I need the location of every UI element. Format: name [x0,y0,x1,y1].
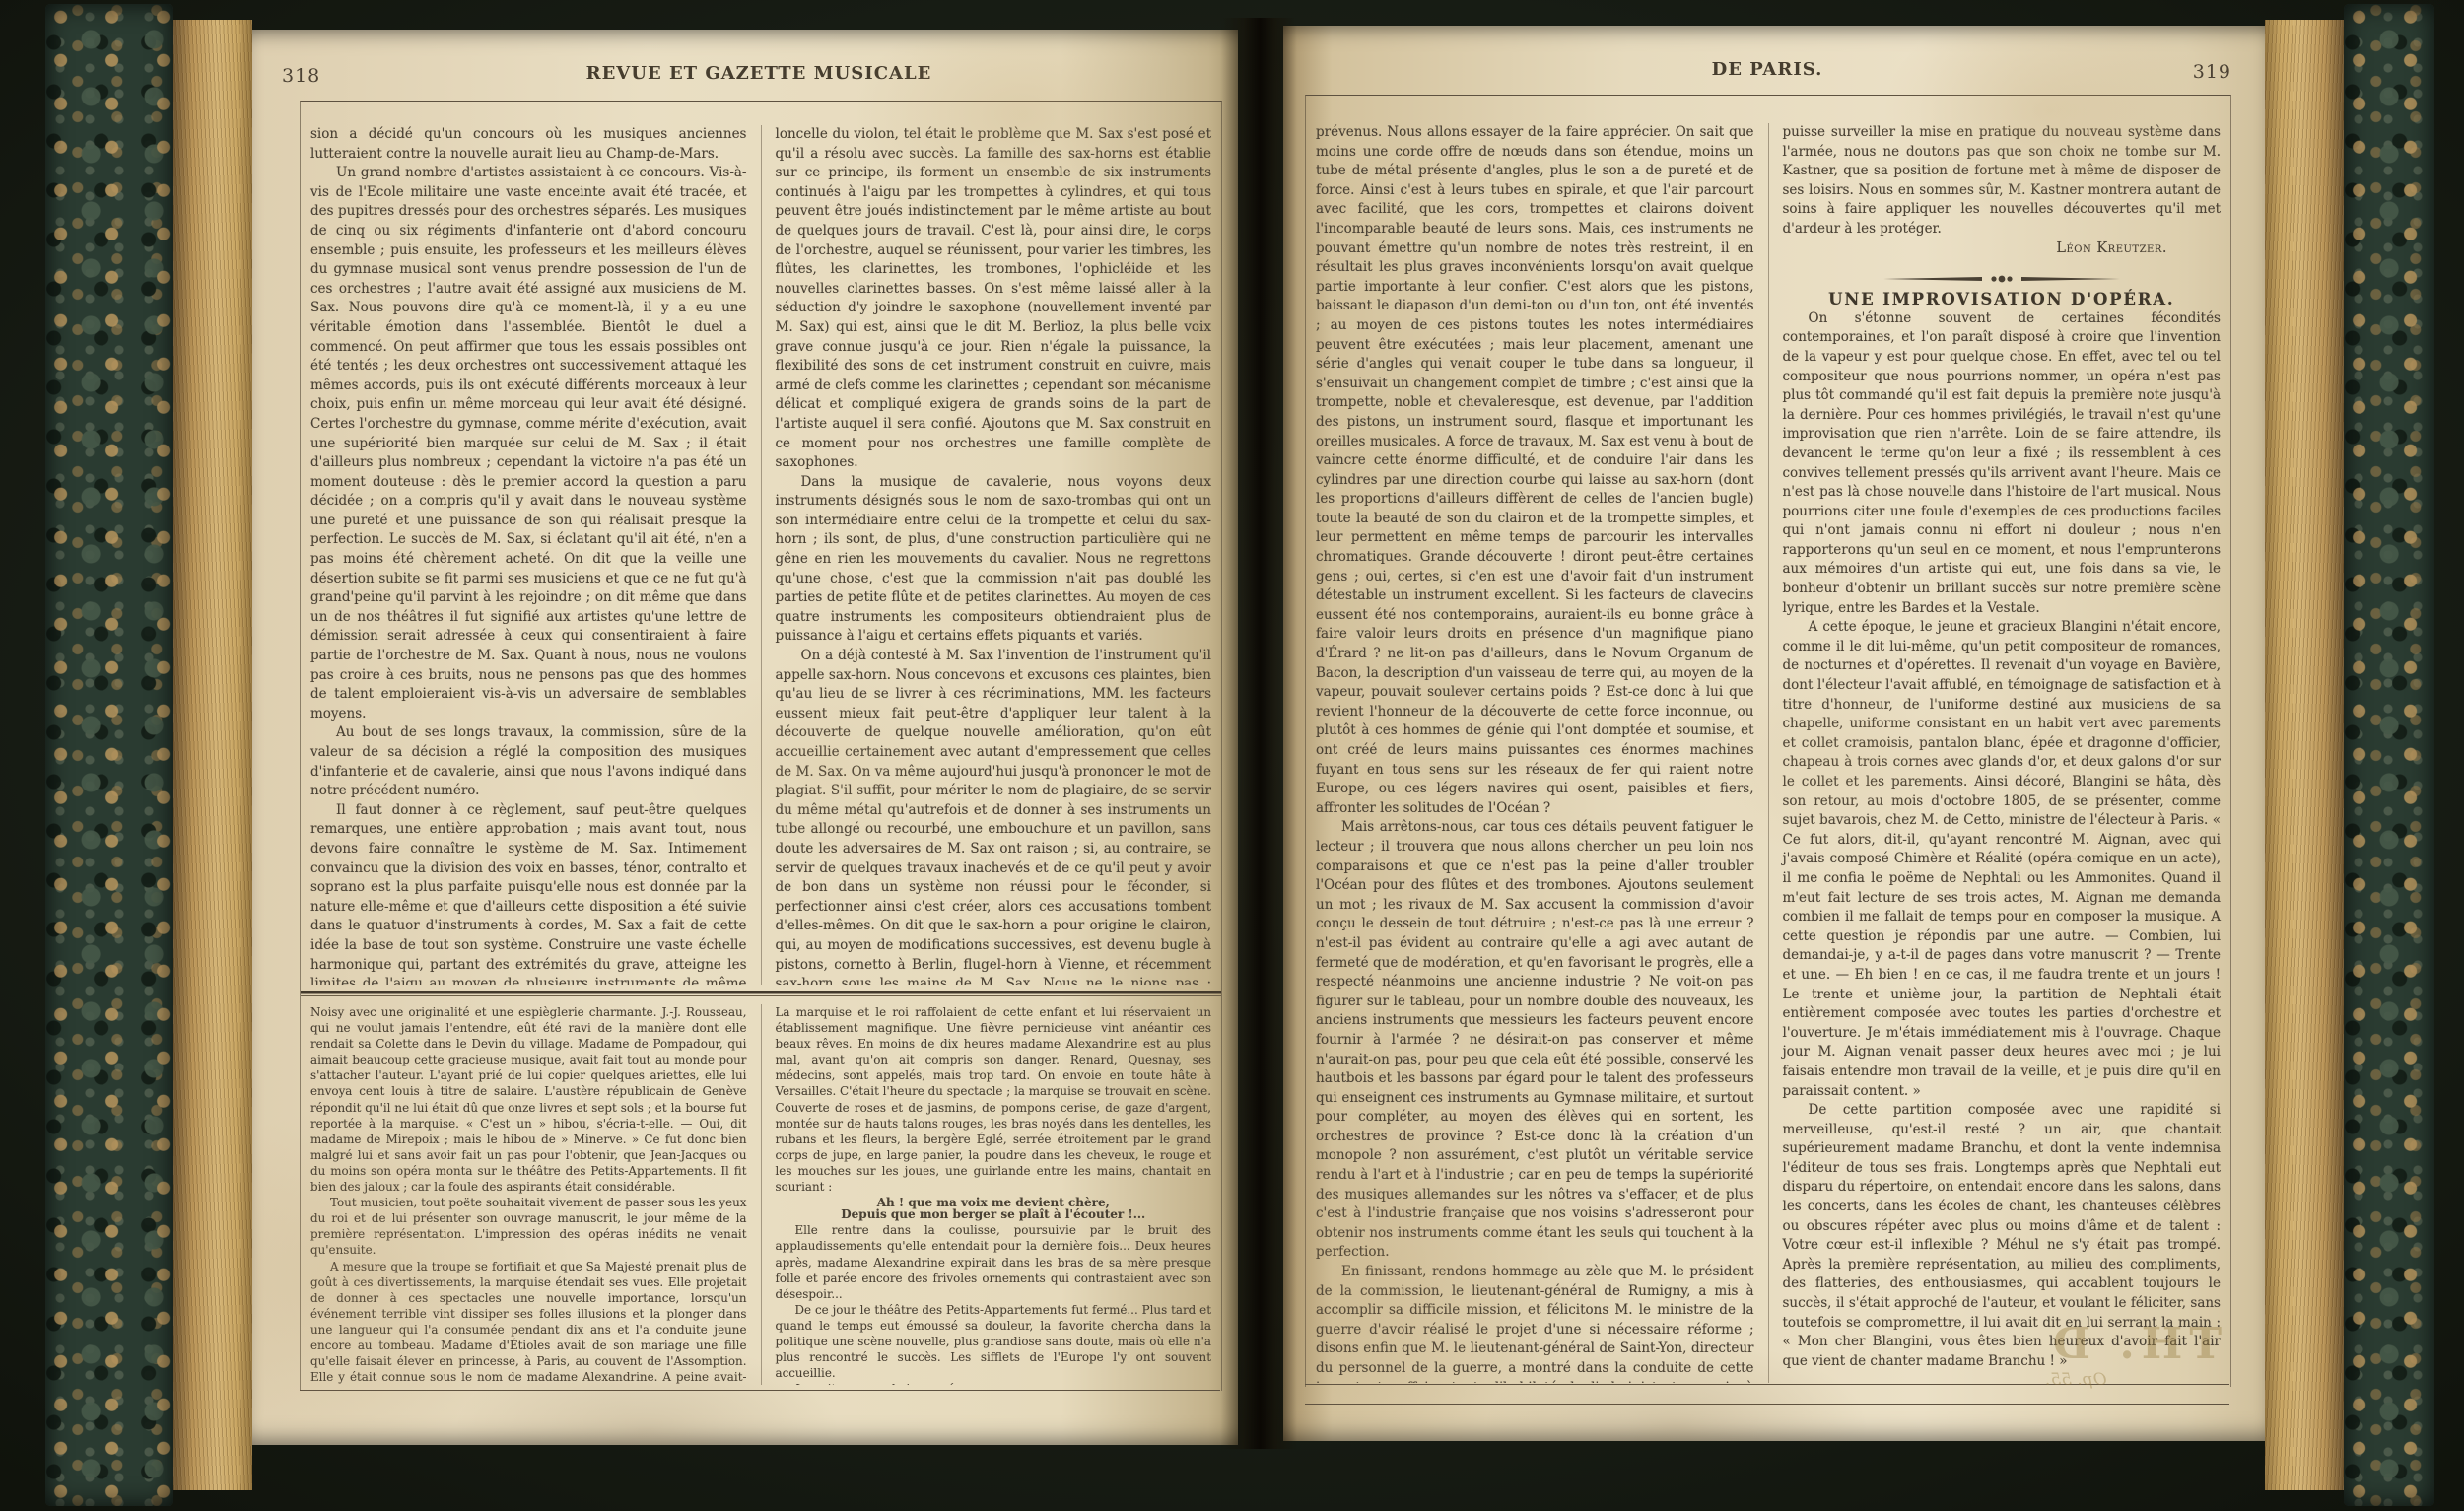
paragraph: A mesure que la troupe se fortifiait et … [310,1259,747,1386]
paragraph: En finissant, rendons hommage au zèle qu… [1316,1263,1754,1383]
text-frame-left: sion a décidé qu'un concours où les musi… [300,101,1222,1391]
paragraph: sion a décidé qu'un concours où les musi… [310,125,747,164]
paragraph: Mais arrêtons-nous, car tous ces détails… [1316,818,1754,1263]
feuilleton-columns: Noisy avec une originalité et une espièg… [307,1004,1215,1385]
page-319: 319 DE PARIS. prévenus. Nous allons essa… [1283,26,2265,1441]
bottom-rule [1305,1384,2229,1385]
right-page-edges [2265,20,2344,1490]
paragraph: Noisy avec une originalité et une espièg… [310,1004,747,1195]
main-columns-left: sion a décidé qu'un concours où les musi… [307,125,1215,985]
article-signature: Léon Kreutzer. [1783,240,2222,259]
paragraph: De cette partition composée avec une rap… [1783,1101,2222,1371]
paragraph: prévenus. Nous allons essayer de la fair… [1316,123,1754,818]
right-page-column-2: puisse surveiller la mise en pratique du… [1769,123,2225,1383]
bottom-rule [300,1408,1220,1408]
feuilleton-separator-rule [301,991,1221,996]
right-marbled-cover [2344,4,2434,1506]
bottom-rule [300,1390,1220,1391]
paragraph: La marquise et le roi raffolaient de cet… [776,1004,1212,1195]
paragraph: puisse surveiller la mise en pratique du… [1783,123,2222,240]
right-page-column-1: prévenus. Nous allons essayer de la fair… [1312,123,1768,1383]
left-marbled-cover [45,4,173,1506]
bottom-rule [1305,1404,2229,1405]
running-title-right: DE PARIS. [1305,59,2229,80]
feuilleton-column-1: Noisy avec une originalité et une espièg… [307,1004,761,1385]
running-title-left: REVUE ET GAZETTE MUSICALE [300,63,1218,84]
paragraph: loncelle du violon, tel était le problèm… [776,125,1212,473]
paragraph: A cette époque, le jeune et gracieux Bla… [1783,618,2222,1101]
verse-line: Depuis que mon berger se plaît à l'écout… [776,1206,1212,1222]
left-page-column-1: sion a décidé qu'un concours où les musi… [307,125,761,985]
paragraph: Un grand nombre d'artistes assistaient à… [310,164,747,723]
paragraph: Dans la musique de cavalerie, nous voyon… [776,473,1212,647]
paragraph: On a déjà contesté à M. Sax l'invention … [776,647,1212,985]
article-title: UNE IMPROVISATION D'OPÉRA. [1783,290,2222,309]
text-frame-right: prévenus. Nous allons essayer de la fair… [1305,95,2231,1387]
swelled-rule-ornament [1883,274,2120,284]
section-ornament [1783,274,2222,284]
left-page-edges [173,20,252,1490]
continuation-note: La suite au prochain numéro. [776,1381,1212,1385]
paragraph: Elle rentre dans la coulisse, poursuivie… [776,1222,1212,1301]
page-318: 318 REVUE ET GAZETTE MUSICALE sion a déc… [252,30,1238,1445]
paragraph: Tout musicien, tout poëte souhaitait viv… [310,1195,747,1258]
book-spread-photo: 318 REVUE ET GAZETTE MUSICALE sion a déc… [0,0,2464,1511]
feuilleton-column-2: La marquise et le roi raffolaient de cet… [762,1004,1216,1385]
left-page-column-2: loncelle du violon, tel était le problèm… [762,125,1216,985]
paragraph: Au bout de ses longs travaux, la commiss… [310,723,747,800]
paragraph: On s'étonne souvent de certaines fécondi… [1783,309,2222,619]
paragraph: De ce jour le théâtre des Petits-Apparte… [776,1302,1212,1381]
paragraph: Il faut donner à ce règlement, sauf peut… [310,801,747,985]
main-columns-right: prévenus. Nous allons essayer de la fair… [1312,123,2224,1383]
